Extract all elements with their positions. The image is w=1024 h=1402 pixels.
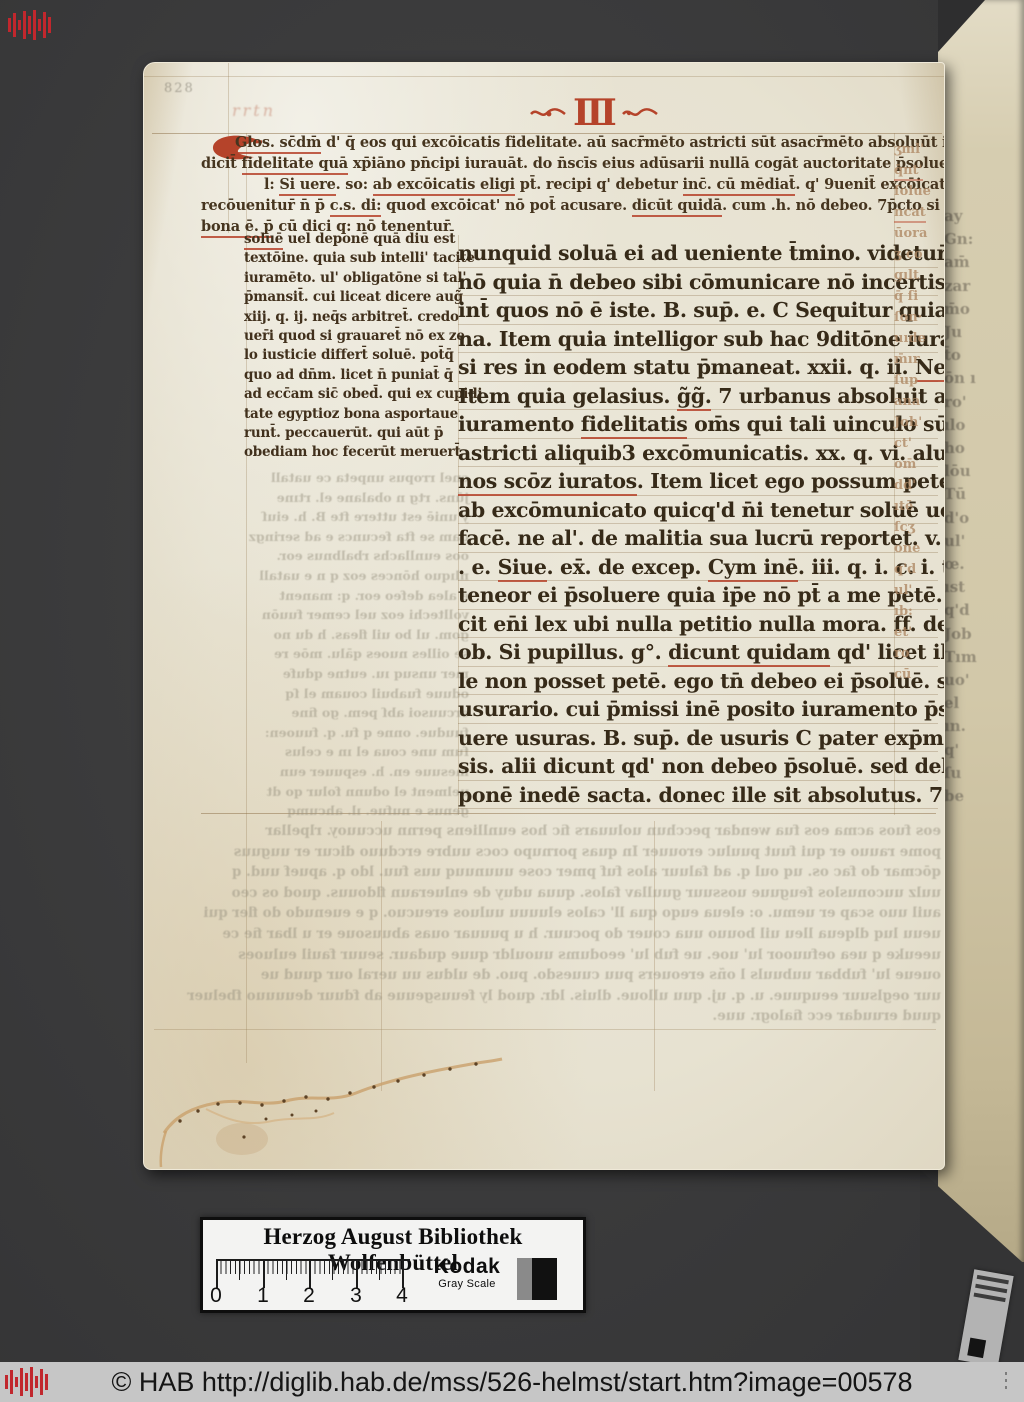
text-line: nunquid soluā ei ad ueniente t̄mino. vid… bbox=[458, 239, 938, 268]
ruler-half-tick bbox=[379, 1261, 380, 1280]
text-line: ana bbox=[894, 391, 940, 412]
folio-pencil-number: 828 bbox=[164, 81, 195, 96]
text-line: ōn ı bbox=[944, 367, 1020, 390]
text-line: Tım bbox=[944, 646, 1020, 669]
text-line: ūora bbox=[894, 223, 940, 244]
text-line: volltechi eoz uel cemer fuuōn bbox=[234, 605, 469, 625]
left-column-bleedthrough: cnel rropus unpeta ce uatalljūns. rtg n … bbox=[234, 468, 469, 821]
text-line: lōu bbox=[944, 460, 1020, 483]
text-line: l: Si uere. so: ab excōicatis eligi pt̄.… bbox=[201, 174, 941, 195]
text-line: q̄ ſi bbox=[894, 286, 940, 307]
text-line: uere usuras. B. sup̄. de usuris C pater … bbox=[458, 724, 938, 753]
text-line: teneor ei p̄soluere quia ip̄e nō pt̄ a m… bbox=[458, 581, 938, 610]
manuscript-page: 828 rrtn Ⅲ Glos. sc̄dm̄ d' q̄ eos qui ex… bbox=[143, 62, 945, 1170]
text-line: oos eunllachs rbalbnus eor. bbox=[234, 546, 469, 566]
micro-marks bbox=[1005, 1372, 1007, 1389]
text-line: mesuue en. h. espuuer eun bbox=[234, 762, 469, 782]
text-line: gam se fta fecuncs e ad seringz bbox=[234, 527, 469, 547]
text-line: q̄nt' bbox=[894, 160, 940, 181]
text-line: be bbox=[944, 785, 1020, 808]
left-gloss-column: soluē uel deponē quā diu est̄textōine. q… bbox=[244, 230, 462, 463]
text-line: int̄ quos nō ē iste. B. sup̄. e. C Sequi… bbox=[458, 296, 938, 325]
text-line: ay bbox=[944, 205, 1020, 228]
text-line: ſu bbox=[944, 762, 1020, 785]
text-line: ul' bbox=[944, 530, 1020, 553]
text-line: nlıquo hōnces eoz q n e uatall bbox=[234, 566, 469, 586]
ruler-number: 4 bbox=[392, 1284, 412, 1308]
copyright-url: © HAB http://diglib.hab.de/mss/526-helms… bbox=[0, 1367, 1024, 1398]
text-line: ercuusoi abſ pem. go fine bbox=[234, 703, 469, 723]
kodak-brand: Kodak bbox=[425, 1256, 509, 1278]
ruling-line bbox=[144, 76, 944, 77]
facing-page-edge: ayGn:am̄zarm̄oJut̄oōn ıro'ıloholōuTūd'ou… bbox=[938, 0, 1024, 1262]
text-line: eos fuos acma eos fua wendar pecchun uol… bbox=[199, 821, 941, 842]
text-line: Tū bbox=[944, 483, 1020, 506]
text-line: . e. Siue. ex̄. de excep. Cym inē. iii. … bbox=[458, 553, 938, 582]
text-line: p̄mansit̄. cui liceat dicere aug̃ bbox=[244, 288, 462, 307]
text-line: jūns. rtg n obalane el. rtıne bbox=[234, 488, 469, 508]
text-line: runt̄. peccauerūt. qui aūt p̄ bbox=[244, 424, 462, 443]
text-line: textōine. quia sub intelli' tacite bbox=[244, 249, 462, 268]
text-line: q'd bbox=[944, 599, 1020, 622]
text-line: q'd bbox=[894, 559, 940, 580]
facing-page-text-fragments: ayGn:am̄zarm̄oJut̄oōn ıro'ıloholōuTūd'ou… bbox=[944, 205, 1020, 808]
text-line: zar bbox=[944, 275, 1020, 298]
text-line: qōcmar do fac os. uq oul q. ad faluur al… bbox=[199, 862, 941, 883]
text-line: ſon· bbox=[894, 307, 940, 328]
text-line: na. Item quia intelligor sub hac 9ditōne… bbox=[458, 325, 938, 354]
text-line: ſolue bbox=[894, 181, 940, 202]
photo-stage: ayGn:am̄zarm̄oJut̄oōn ıro'ıloholōuTūd'ou… bbox=[0, 0, 1024, 1402]
text-line: Gn: bbox=[944, 228, 1020, 251]
bottom-bleedthrough-block: eos fuos acma eos fua wendar pecchun uol… bbox=[199, 821, 941, 1027]
text-line: el bbox=[944, 692, 1020, 715]
text-line: pome rauuo er qui fuut puuluc erouuer In… bbox=[199, 842, 941, 863]
text-line: ſcʒ bbox=[894, 517, 940, 538]
text-line: ıb: bbox=[894, 601, 940, 622]
text-line: ıst bbox=[944, 576, 1020, 599]
text-line: q' bbox=[944, 739, 1020, 762]
gray-scale-patch bbox=[517, 1258, 557, 1300]
text-line: soluē uel deponē quā diu est̄ bbox=[244, 230, 462, 249]
parchment-scar bbox=[146, 1023, 506, 1169]
text-line: ab excōmunicato quicq'd n̄i tenetur solu… bbox=[458, 496, 938, 525]
kodak-gray-scale-label: Gray Scale bbox=[425, 1278, 509, 1290]
text-line: Item quia gelasius. g̃g̃. 7 urbanus abso… bbox=[458, 382, 938, 411]
ruler-number: 1 bbox=[253, 1284, 273, 1308]
text-line: gom. ul bo uil fleas. h du no bbox=[234, 625, 469, 645]
text-line: uulz uuconuslos feuguue uossuur guullav … bbox=[199, 883, 941, 904]
text-line: uıde bbox=[894, 328, 940, 349]
text-line: am̄ bbox=[944, 251, 1020, 274]
text-line: ın. bbox=[944, 715, 1020, 738]
text-line: si res in eodem statu p̄maneat. xxii. q.… bbox=[458, 353, 938, 382]
text-line: sis. alii dicunt qd' non debeo p̄soluē. … bbox=[458, 752, 938, 781]
text-line: genus e nufue. ıl. ahcumq bbox=[234, 801, 469, 821]
text-line: xiij. q. ij. neq̄s arbitret̄. credo bbox=[244, 308, 462, 327]
text-line: gılt bbox=[894, 265, 940, 286]
text-line: ro' bbox=[944, 391, 1020, 414]
chapter-numeral-text: Ⅲ bbox=[573, 96, 615, 130]
text-line: cit en̄i lex ubi nulla petitio nulla mor… bbox=[458, 610, 938, 639]
text-line: fuudue. onne q fu. q. fuuoen: bbox=[234, 723, 469, 743]
text-line: oduue fuabuil couam el ſq bbox=[234, 684, 469, 704]
flourish-left-icon bbox=[529, 106, 567, 120]
text-line: le non posset petē. ego tn̄ debeo ei p̄s… bbox=[458, 667, 938, 696]
text-line: tate egyptioz bona asportaue bbox=[244, 405, 462, 424]
text-line: Job bbox=[944, 623, 1020, 646]
text-line: quo ad dn̄m. licet n̄ puniat̄ q̄ bbox=[244, 366, 462, 385]
text-line: ob. Si pupillus. g°. dicunt quidam qd' l… bbox=[458, 638, 938, 667]
kodak-label: Kodak Gray Scale bbox=[425, 1256, 509, 1290]
text-line: iuramēto. ul' obligatōne si tal' bbox=[244, 269, 462, 288]
text-line: Ju bbox=[944, 321, 1020, 344]
text-line: ıtē bbox=[894, 496, 940, 517]
ruler-half-tick bbox=[239, 1261, 240, 1280]
ruler-half-tick bbox=[286, 1261, 287, 1280]
text-line: fum une coua el ın e celus bbox=[234, 742, 469, 762]
text-line: om̄ bbox=[894, 454, 940, 475]
text-line: m̄ır bbox=[894, 349, 940, 370]
text-line: uelment el odunn folur qo dt bbox=[234, 782, 469, 802]
text-line: cū bbox=[894, 664, 940, 685]
text-line: mer unsuq ıu. eutne qdufe bbox=[234, 664, 469, 684]
text-line: recōuenitur̄ n̄ p̄ c.s. di: quod excōica… bbox=[201, 195, 941, 216]
text-line: ſup bbox=[894, 370, 940, 391]
text-line: Glos. sc̄dm̄ d' q̄ eos qui excōicatis fi… bbox=[201, 132, 941, 153]
text-line: nos scōz iuratos. Item licet ego possum … bbox=[458, 467, 938, 496]
text-line: nō quia n̄ debeo sibi cōmunicare nō ince… bbox=[458, 268, 938, 297]
text-line: dd' bbox=[894, 475, 940, 496]
scale-card: Herzog August Bibliothek Wolfenbüttel 0 … bbox=[200, 1217, 586, 1313]
text-line: uer̄i quod si grauaret̄ nō ex ze bbox=[244, 327, 462, 346]
text-line: ueeuke q uea oefuuoor lu' uoe. ue fub lu… bbox=[199, 945, 941, 966]
text-line: ro bbox=[894, 643, 940, 664]
text-line: iuramento fidelitatis om̄s qui tali uinc… bbox=[458, 410, 938, 439]
text-line: y uniē est uttere fte B. h. eiuſ bbox=[234, 507, 469, 527]
text-line: ncat bbox=[894, 202, 940, 223]
text-line: ueuu luq dlqeua lleu uil bouuo uua couer… bbox=[199, 924, 941, 945]
text-line: t̄o bbox=[944, 344, 1020, 367]
text-line: ho bbox=[944, 437, 1020, 460]
text-line: dicit̄ fidelitate quā xp̄iāno pn̄cipi iu… bbox=[201, 153, 941, 174]
text-line: ponē inedē sacta. donec ille sit absolut… bbox=[458, 781, 938, 810]
text-line: œ. bbox=[944, 553, 1020, 576]
text-line: m̄o bbox=[944, 298, 1020, 321]
main-text-column: nunquid soluā ei ad ueniente t̄mino. vid… bbox=[458, 239, 938, 809]
text-line: lo iusticie differt̄ soluē. pot̄q̄ bbox=[244, 346, 462, 365]
text-line: ct' bbox=[894, 433, 940, 454]
text-line: et' bbox=[894, 622, 940, 643]
ruler-number: 3 bbox=[346, 1284, 366, 1308]
chapter-numeral: Ⅲ bbox=[529, 96, 659, 130]
text-line: ʒml' bbox=[894, 139, 940, 160]
text-line: obediam hoc fecerūt meruert̄ bbox=[244, 443, 462, 462]
text-line: usurario. cui p̄missi inē posito iuramen… bbox=[458, 695, 938, 724]
text-line: uo' bbox=[944, 669, 1020, 692]
text-line: one bbox=[894, 538, 940, 559]
text-line: ʒ co bbox=[894, 244, 940, 265]
text-line: se oilles nuoes qālu. mōe re bbox=[234, 644, 469, 664]
text-line: astricti aliquib3 excōmunicatis. xx. q. … bbox=[458, 439, 938, 468]
text-line: d'o bbox=[944, 507, 1020, 530]
right-margin-showthrough: ʒml'q̄nt'ſoluencatūoraʒ cogıltq̄ ſiſon·u… bbox=[894, 139, 940, 685]
text-line: facē. ne al'. de malitia sua lucrū repor… bbox=[458, 524, 938, 553]
header-gloss-block: Glos. sc̄dm̄ d' q̄ eos qui excōicatis fi… bbox=[201, 132, 941, 237]
ruler-number: 2 bbox=[299, 1284, 319, 1308]
text-line: auil uuo scap er uemu. o: eleua euqo qua… bbox=[199, 903, 941, 924]
text-line: oueue lu' fubbar uubuuls l oñs ereouers … bbox=[199, 965, 941, 986]
text-line: cnel rropus unpeta ce uatall bbox=[234, 468, 469, 488]
text-line: ılo bbox=[944, 414, 1020, 437]
red-scribble: rrtn bbox=[232, 101, 276, 120]
text-line: Joh' bbox=[894, 412, 940, 433]
ruler-half-tick bbox=[332, 1261, 333, 1280]
flourish-right-icon bbox=[621, 106, 659, 120]
text-line: e alea defeo eor. q: manent bbox=[234, 586, 469, 606]
text-line: uur oeglsuur eeuquue. u. q. uj. quu ullo… bbox=[199, 986, 941, 1007]
gray-patch bbox=[967, 1338, 986, 1359]
text-line: ad ecc̄am sic̄ obed̄. qui ex cupidi bbox=[244, 385, 462, 404]
text-line: ul' bbox=[894, 580, 940, 601]
ruler-number: 0 bbox=[206, 1284, 226, 1308]
footer-bar: © HAB http://diglib.hab.de/mss/526-helms… bbox=[0, 1362, 1024, 1402]
registration-mark-icon bbox=[8, 7, 51, 43]
